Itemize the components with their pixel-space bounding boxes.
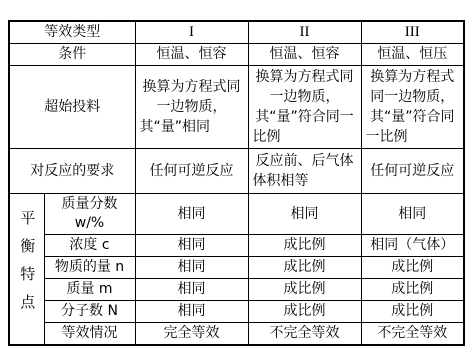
cell-mass-1: 相同 [135, 279, 248, 301]
cell-reaction-req-1: 任何可逆反应 [135, 149, 248, 194]
sub-label-equivalence-status: 等效情况 [44, 323, 135, 346]
group-label-equilibrium-features: 平衡特点 [9, 194, 44, 346]
table-row: 物质的量 n 相同 成比例 成比例 [9, 257, 464, 279]
table-row: 平衡特点 质量分数 w/% 相同 相同 相同 [9, 194, 464, 235]
page-background: 等效类型 I II III 条件 恒温、恒容 恒温、恒容 恒温、恒压 超始投料 … [0, 0, 471, 360]
cell-equivalence-status-2: 不完全等效 [248, 323, 361, 346]
table-row: 分子数 N 相同 成比例 成比例 [9, 301, 464, 323]
sub-label-concentration: 浓度 c [44, 235, 135, 257]
cell-concentration-3: 相同（气体） [361, 235, 464, 257]
cell-equivalence-status-1: 完全等效 [135, 323, 248, 346]
cell-condition-1: 恒温、恒容 [135, 44, 248, 66]
table-row: 质量 m 相同 成比例 成比例 [9, 279, 464, 301]
cell-amount-2: 成比例 [248, 257, 361, 279]
cell-mass-fraction-1: 相同 [135, 194, 248, 235]
cell-molecule-count-1: 相同 [135, 301, 248, 323]
equivalence-type-table: 等效类型 I II III 条件 恒温、恒容 恒温、恒容 恒温、恒压 超始投料 … [8, 20, 465, 346]
cell-molecule-count-3: 成比例 [361, 301, 464, 323]
cell-amount-1: 相同 [135, 257, 248, 279]
table-row: 等效类型 I II III [9, 21, 464, 44]
cell-reaction-req-2: 反应前、后气体体积相等 [248, 149, 361, 194]
row-label-condition: 条件 [9, 44, 135, 66]
cell-equivalence-status-3: 不完全等效 [361, 323, 464, 346]
table-row: 浓度 c 相同 成比例 相同（气体） [9, 235, 464, 257]
col-header-1: I [135, 21, 248, 44]
cell-concentration-2: 成比例 [248, 235, 361, 257]
cell-mass-2: 成比例 [248, 279, 361, 301]
sub-label-amount: 物质的量 n [44, 257, 135, 279]
cell-condition-3: 恒温、恒压 [361, 44, 464, 66]
group-label-text: 平衡特点 [17, 210, 36, 322]
col-header-2: II [248, 21, 361, 44]
sub-label-molecule-count: 分子数 N [44, 301, 135, 323]
table-row: 条件 恒温、恒容 恒温、恒容 恒温、恒压 [9, 44, 464, 66]
cell-amount-3: 成比例 [361, 257, 464, 279]
cell-initial-feed-1: 换算为方程式同一边物质，其“量”相同 [135, 66, 248, 149]
sub-label-mass: 质量 m [44, 279, 135, 301]
row-label-reaction-requirement: 对反应的要求 [9, 149, 135, 194]
cell-mass-fraction-2: 相同 [248, 194, 361, 235]
cell-concentration-1: 相同 [135, 235, 248, 257]
cell-initial-feed-2: 换算为方程式同一边物质，其“量”符合同一比例 [248, 66, 361, 149]
table-row: 超始投料 换算为方程式同一边物质，其“量”相同 换算为方程式同一边物质，其“量”… [9, 66, 464, 149]
cell-molecule-count-2: 成比例 [248, 301, 361, 323]
cell-reaction-req-3: 任何可逆反应 [361, 149, 464, 194]
cell-mass-fraction-3: 相同 [361, 194, 464, 235]
cell-condition-2: 恒温、恒容 [248, 44, 361, 66]
cell-initial-feed-3: 换算为方程式同一边物质，其“量”符合同一比例 [361, 66, 464, 149]
row-label-initial-feed: 超始投料 [9, 66, 135, 149]
col-header-3: III [361, 21, 464, 44]
cell-mass-3: 成比例 [361, 279, 464, 301]
table-row: 对反应的要求 任何可逆反应 反应前、后气体体积相等 任何可逆反应 [9, 149, 464, 194]
table-row: 等效情况 完全等效 不完全等效 不完全等效 [9, 323, 464, 346]
corner-label-cell: 等效类型 [9, 21, 135, 44]
sub-label-mass-fraction: 质量分数 w/% [44, 194, 135, 235]
